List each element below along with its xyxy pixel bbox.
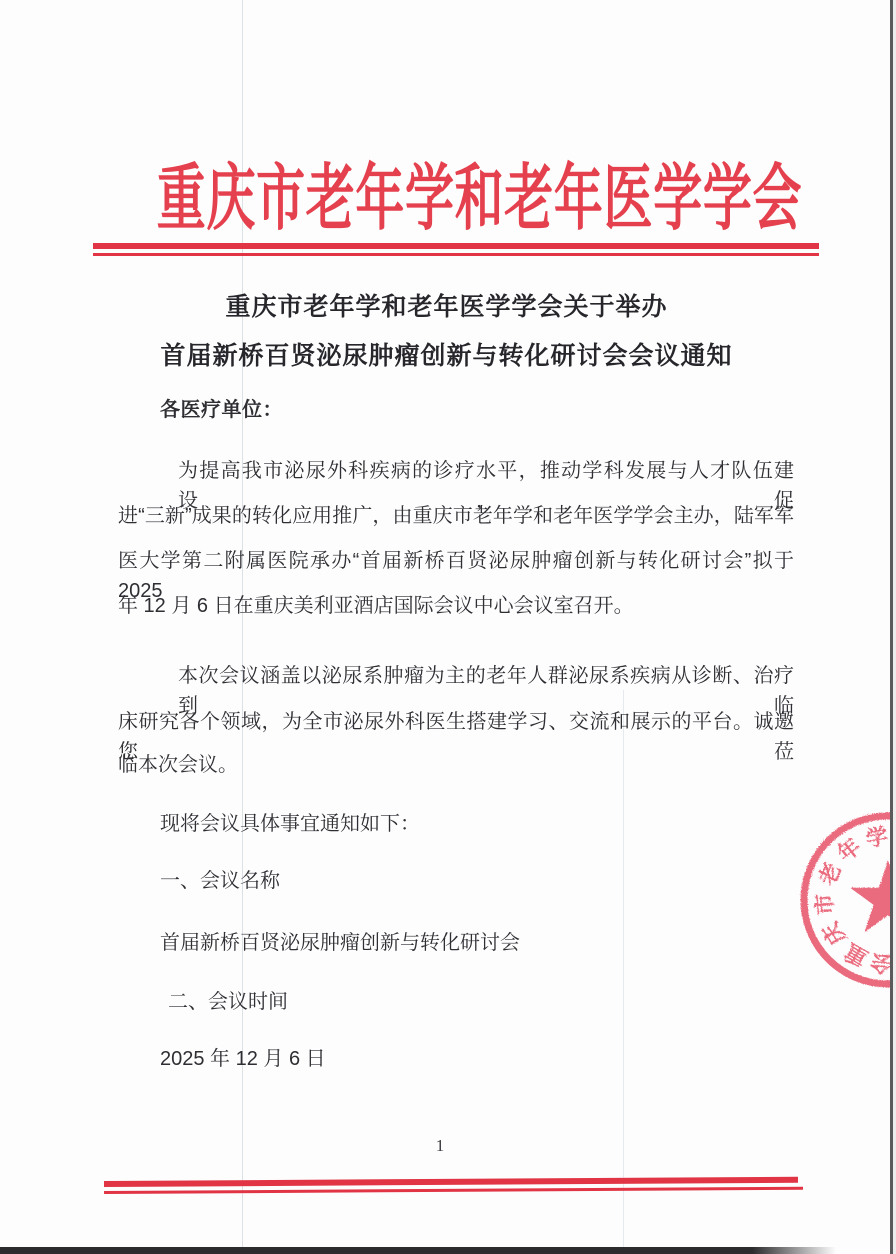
seal-char: 市 [811, 893, 837, 917]
scan-edge-bottom [0, 1247, 836, 1254]
seal-char: 学 [864, 823, 890, 851]
scanned-notice-page: { "page": { "page_number": "1" }, "color… [0, 0, 896, 1254]
seal-char: 重 [840, 939, 872, 972]
footer-rule-thick [104, 1177, 798, 1187]
seal-char: 庆 [818, 918, 851, 950]
footer-rule-thin [104, 1187, 803, 1194]
official-seal: 重 庆 市 老 年 学 和 老 年 医 学 学 会 [758, 770, 896, 1030]
footer-rules [0, 0, 896, 1254]
seal-char: 老 [814, 859, 846, 889]
seal-char: 年 [833, 833, 866, 866]
